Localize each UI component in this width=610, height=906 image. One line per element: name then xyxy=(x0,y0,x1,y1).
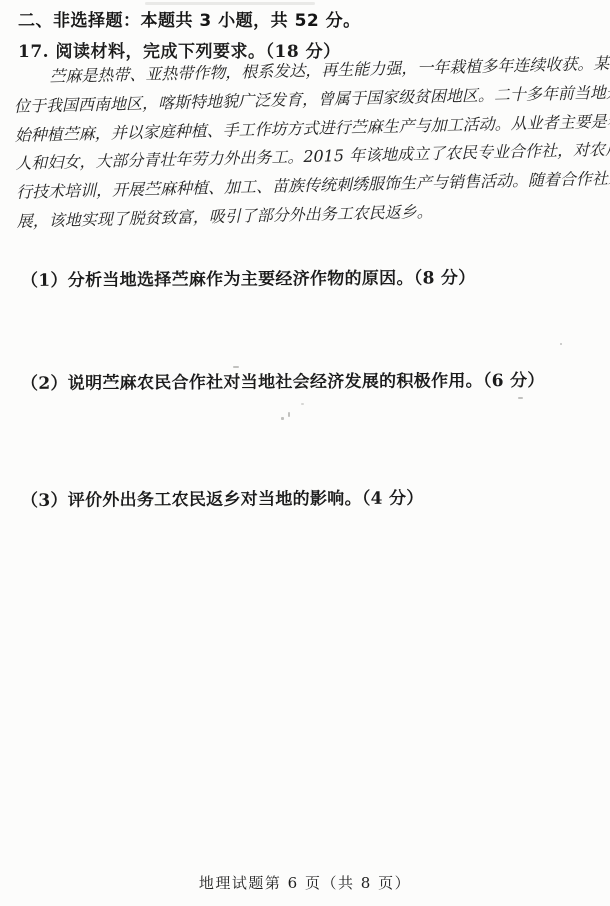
scan-speck xyxy=(288,412,290,417)
page-footer: 地理试题第 6 页（共 8 页） xyxy=(0,872,610,893)
scan-speck xyxy=(281,417,284,420)
material-paragraph: 苎麻是热带、亚热带作物，根系发达，再生能力强，一年栽植多年连续收获。某地 位于我… xyxy=(13,50,596,236)
scan-speck xyxy=(233,366,239,368)
section-heading: 二、非选择题：本题共 3 小题，共 52 分。 xyxy=(18,6,598,31)
scan-speck xyxy=(518,397,523,399)
exam-page: 二、非选择题：本题共 3 小题，共 52 分。 17. 阅读材料，完成下列要求。… xyxy=(0,0,610,906)
scan-speck xyxy=(560,343,562,345)
scan-speck xyxy=(301,403,304,405)
sub-question-3: （3）评价外出务工农民返乡对当地的影响。（4 分） xyxy=(21,482,596,511)
sub-question-1: （1）分析当地选择苎麻作为主要经济作物的原因。（8 分） xyxy=(21,262,596,291)
scan-ghost-smudge xyxy=(145,2,315,5)
sub-question-2: （2）说明苎麻农民合作社对当地社会经济发展的积极作用。（6 分） xyxy=(21,365,596,394)
